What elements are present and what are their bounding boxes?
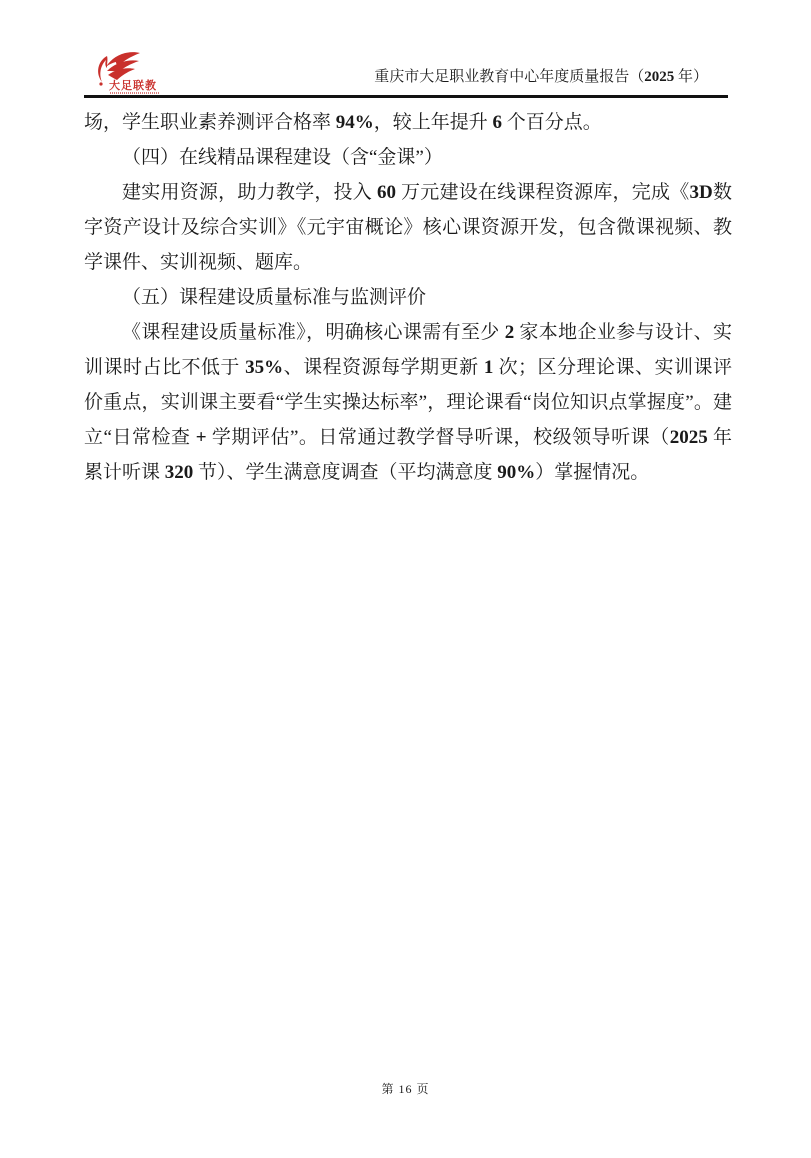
- text-run: 建实用资源，助力教学，投入: [122, 182, 377, 203]
- logo-tagline: [110, 92, 160, 94]
- report-title: 重庆市大足职业教育中心年度质量报告（2025 年）: [374, 66, 708, 88]
- numeral-run: 2025: [670, 427, 708, 448]
- text-run: 个百分点。: [502, 112, 602, 133]
- text-run: 年）: [674, 69, 708, 85]
- logo-text: 大足联教: [109, 77, 157, 93]
- header-rule: [84, 95, 728, 98]
- page-number: 第 16 页: [381, 1082, 429, 1096]
- numeral-run: 2025: [644, 69, 674, 85]
- numeral-run: 3D: [690, 182, 713, 203]
- numeral-run: 35%: [245, 357, 283, 378]
- text-run: 重庆市大足职业教育中心年度质量报告（: [374, 69, 644, 85]
- paragraph: 建实用资源，助力教学，投入 60 万元建设在线课程资源库，完成《3D数字资产设计…: [84, 175, 732, 280]
- text-run: 学期评估”。日常通过教学督导听课，校级领导听课（: [207, 427, 670, 448]
- numeral-run: 6: [493, 112, 503, 133]
- numeral-run: +: [196, 427, 207, 448]
- paragraph: （五）课程建设质量标准与监测评价: [84, 280, 732, 315]
- text-run: 万元建设在线课程资源库，完成《: [396, 182, 689, 203]
- text-run: 节）、学生满意度调查（平均满意度: [193, 462, 497, 483]
- text-run: 《课程建设质量标准》，明确核心课需有至少: [122, 322, 505, 343]
- text-run: 、课程资源每学期更新: [283, 357, 484, 378]
- school-logo: 大足联教: [94, 51, 174, 97]
- text-run: （五）课程建设质量标准与监测评价: [122, 287, 426, 308]
- numeral-run: 60: [377, 182, 396, 203]
- numeral-run: 1: [484, 357, 494, 378]
- document-body: 场，学生职业素养测评合格率 94%，较上年提升 6 个百分点。（四）在线精品课程…: [84, 105, 732, 490]
- paragraph: （四）在线精品课程建设（含“金课”）: [84, 140, 732, 175]
- text-run: ）掌握情况。: [535, 462, 649, 483]
- text-run: （四）在线精品课程建设（含“金课”）: [122, 147, 443, 168]
- numeral-run: 94%: [336, 112, 374, 133]
- paragraph: 场，学生职业素养测评合格率 94%，较上年提升 6 个百分点。: [84, 105, 732, 140]
- text-run: ，较上年提升: [374, 112, 493, 133]
- text-run: 场，学生职业素养测评合格率: [84, 112, 336, 133]
- document-page: 大足联教 重庆市大足职业教育中心年度质量报告（2025 年） 场，学生职业素养测…: [0, 0, 811, 1158]
- numeral-run: 2: [505, 322, 515, 343]
- page-footer: 第 16 页: [0, 1080, 811, 1097]
- numeral-run: 320: [165, 462, 194, 483]
- numeral-run: 90%: [497, 462, 535, 483]
- paragraph: 《课程建设质量标准》，明确核心课需有至少 2 家本地企业参与设计、实训课时占比不…: [84, 315, 732, 490]
